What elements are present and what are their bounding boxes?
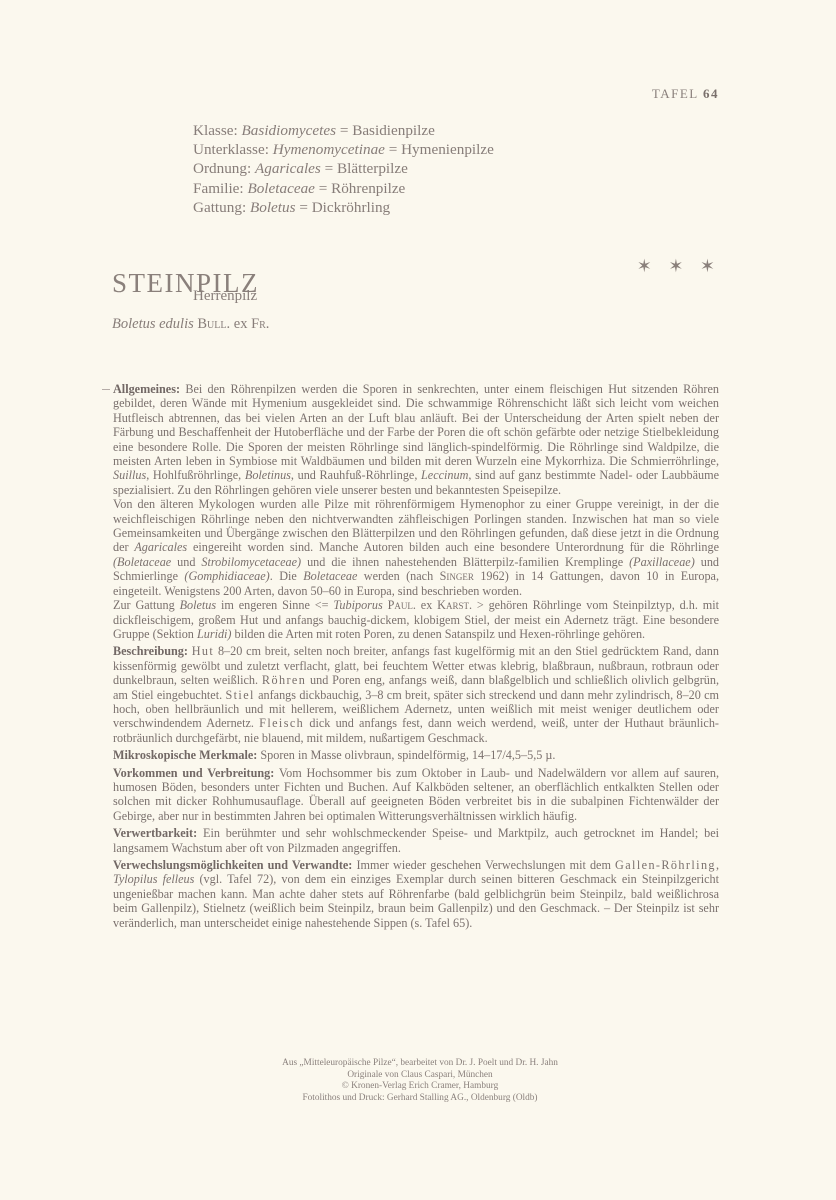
section-vorkommen: Vorkommen und Verbreitung: Vom Hochsomme… <box>113 766 719 824</box>
taxonomy-row: Klasse: Basidiomycetes = Basidienpilze <box>193 121 494 140</box>
publisher-footer: Aus „Mitteleuropäische Pilze“, bearbeite… <box>200 1058 640 1104</box>
document-page: TAFEL 64 Klasse: Basidiomycetes = Basidi… <box>0 0 836 1200</box>
section-verwertbarkeit: Verwertbarkeit: Ein berühmter und sehr w… <box>113 826 719 855</box>
rating-stars-icon: ✶ ✶ ✶ <box>637 256 721 277</box>
taxonomy-row: Unterklasse: Hymenomycetinae = Hymenienp… <box>193 140 494 159</box>
section-allgemeines: Allgemeines: Bei den Röhrenpilzen werden… <box>113 382 719 497</box>
section-allgemeines-p3: Zur Gattung Boletus im engeren Sinne <= … <box>113 598 719 641</box>
taxonomy-row: Gattung: Boletus = Dickröhrling <box>193 198 494 217</box>
margin-mark <box>102 389 110 390</box>
section-beschreibung: Beschreibung: Hut 8–20 cm breit, selten … <box>113 644 719 745</box>
taxonomy-row: Familie: Boletaceae = Röhrenpilze <box>193 179 494 198</box>
section-mikroskopie: Mikroskopische Merkmale: Sporen in Masse… <box>113 748 719 762</box>
description-body: Allgemeines: Bei den Röhrenpilzen werden… <box>113 382 719 933</box>
common-name: Herrenpilz <box>193 288 257 305</box>
taxonomy-row: Ordnung: Agaricales = Blätterpilze <box>193 159 494 178</box>
section-verwechslung: Verwechslungsmöglichkeiten und Verwandte… <box>113 858 719 930</box>
taxonomy-block: Klasse: Basidiomycetes = Basidienpilze U… <box>193 121 494 217</box>
section-allgemeines-p2: Von den älteren Mykologen wurden alle Pi… <box>113 497 719 598</box>
plate-number: TAFEL 64 <box>652 86 719 102</box>
latin-name: Boletus edulis Bull. ex Fr. <box>112 316 269 333</box>
